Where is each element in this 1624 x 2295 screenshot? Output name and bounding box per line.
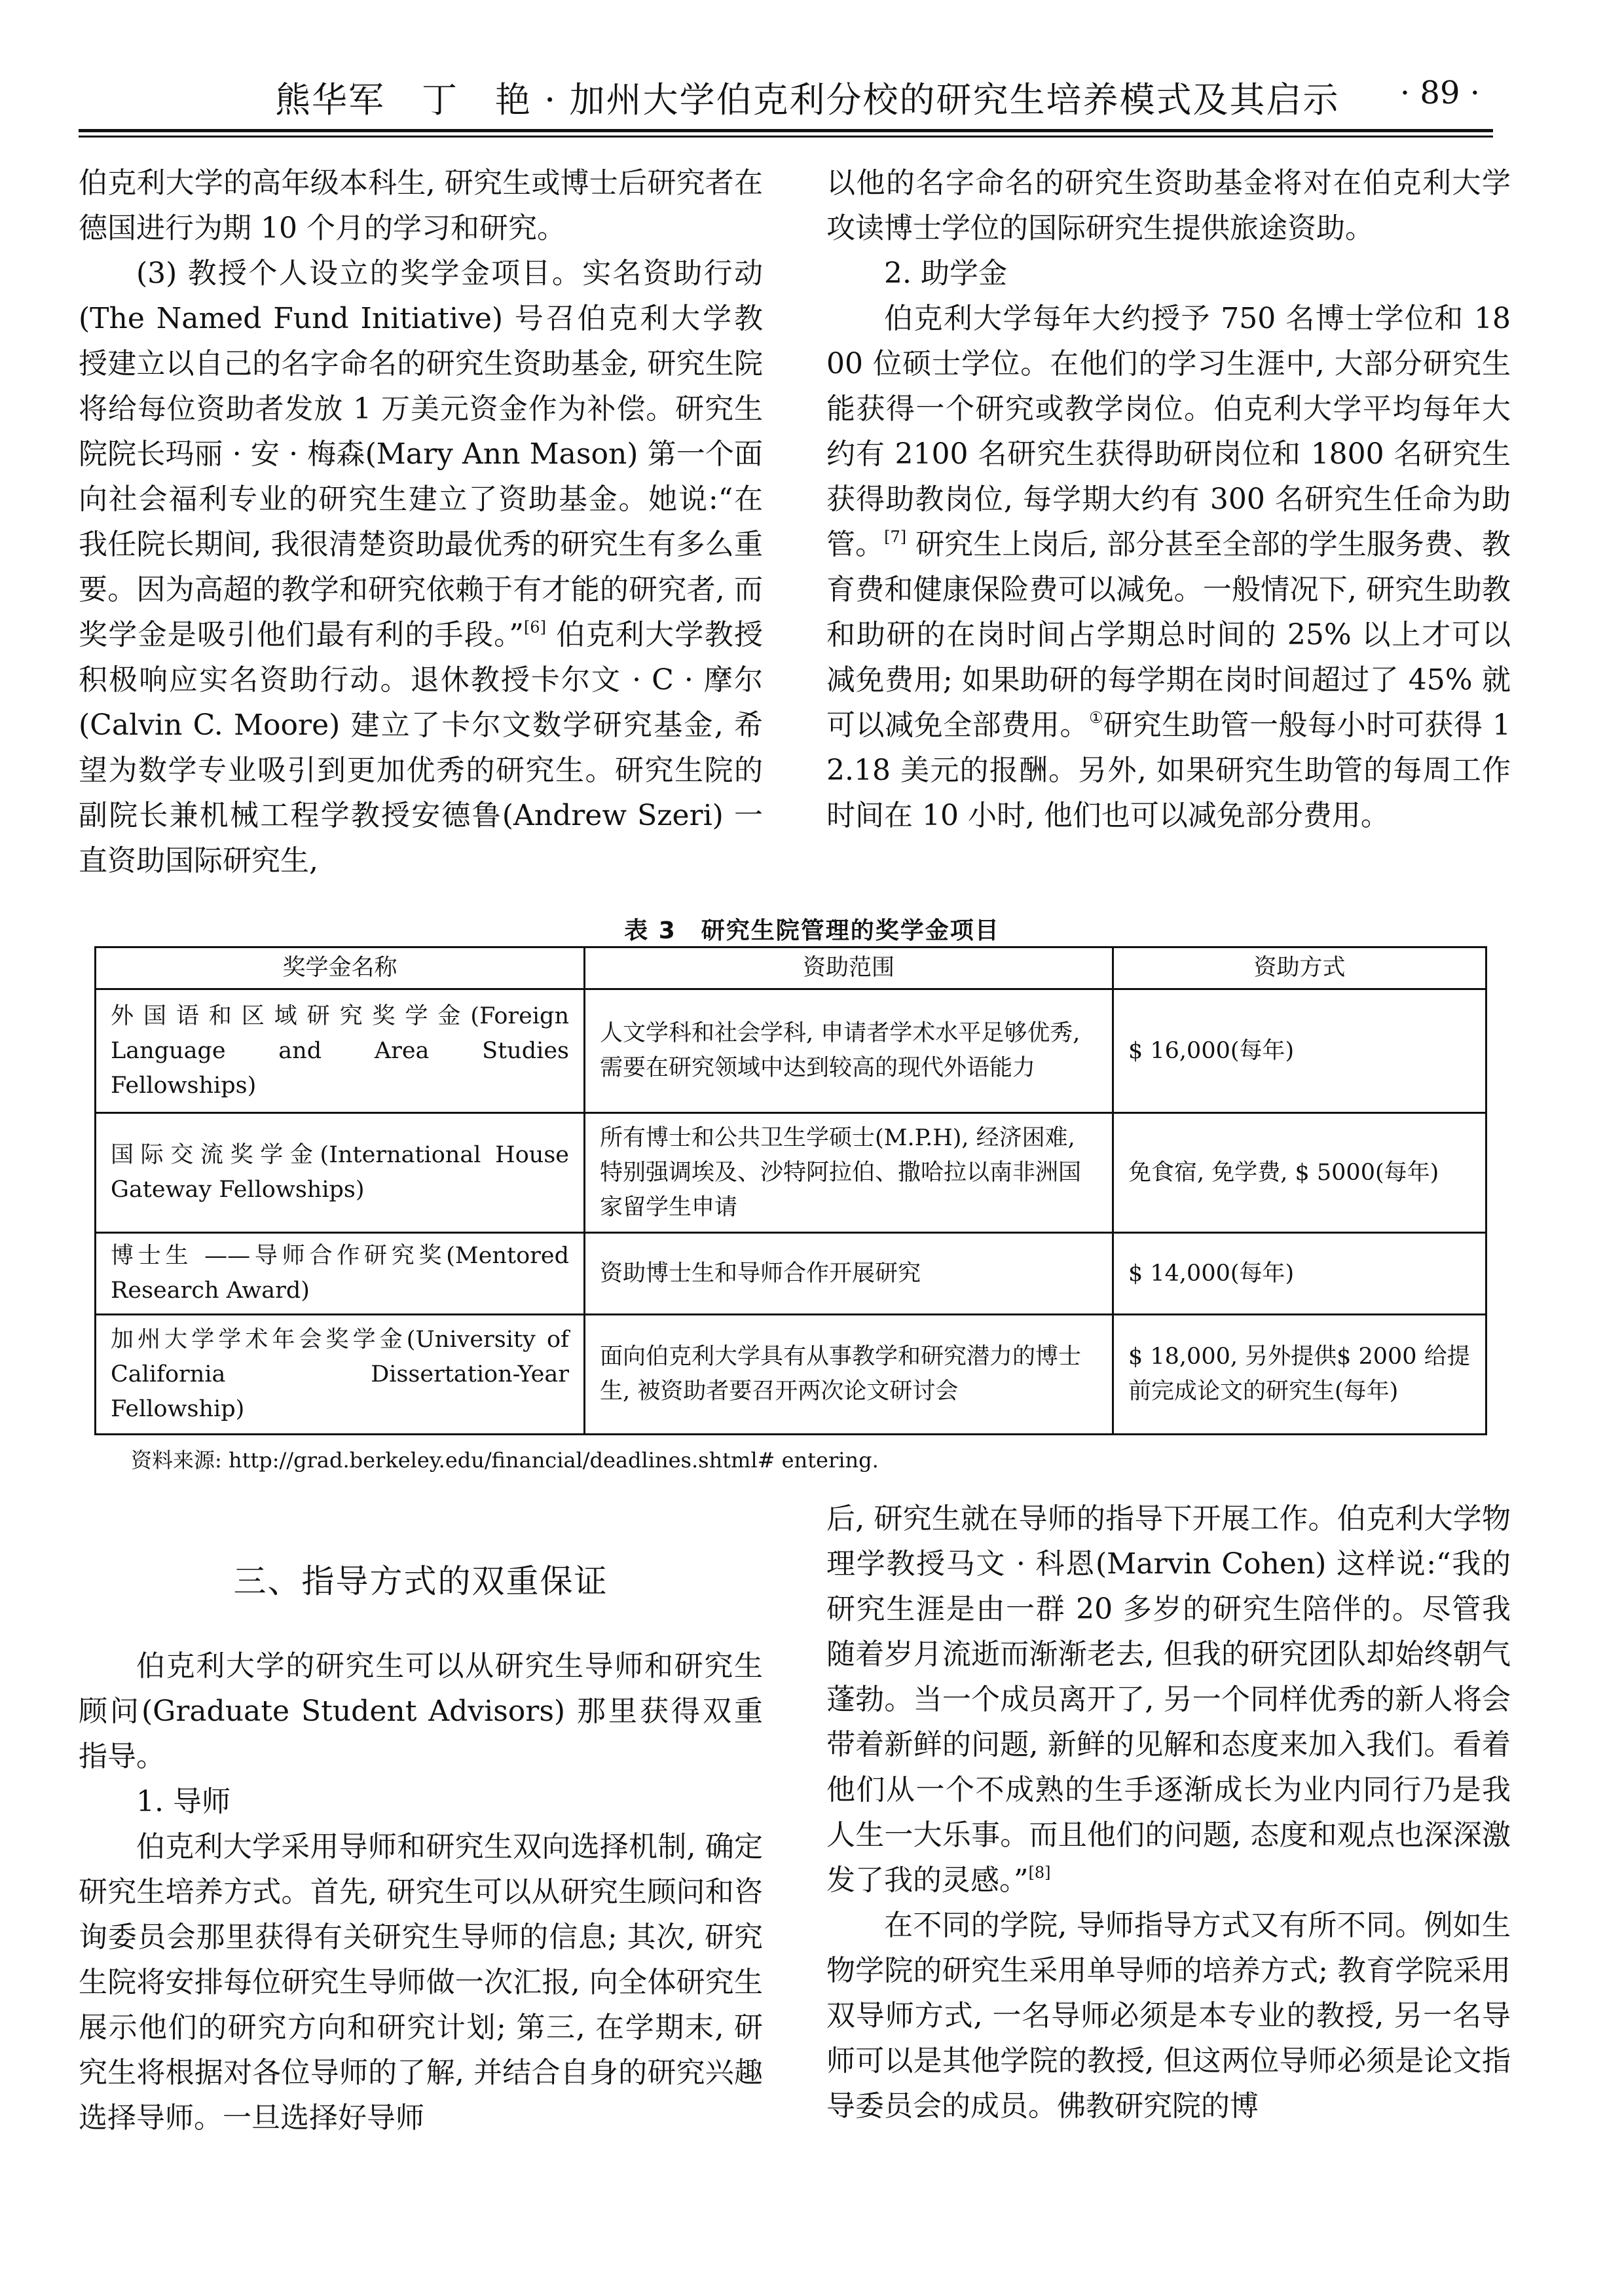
cell-scope: 人文学科和社会学科, 申请者学术水平足够优秀, 需要在研究领域中达到较高的现代外…	[585, 989, 1113, 1113]
running-title: 熊华军 丁 艳 · 加州大学伯克利分校的研究生培养模式及其启示	[275, 72, 1340, 122]
cell-scope: 资助博士生和导师合作开展研究	[585, 1233, 1113, 1315]
subheading: 1. 导师	[79, 1779, 763, 1824]
cell-name: 外国语和区域研究奖学金(Foreign Language and Area St…	[96, 989, 585, 1113]
paragraph: 伯克利大学采用导师和研究生双向选择机制, 确定研究生培养方式。首先, 研究生可以…	[79, 1824, 763, 2140]
citation: [8]	[1029, 1864, 1051, 1882]
right-column-top: 以他的名字命名的研究生资助基金将对在伯克利大学攻读博士学位的国际研究生提供旅途资…	[826, 160, 1511, 838]
cell-funding: $ 18,000, 另外提供$ 2000 给提前完成论文的研究生(每年)	[1113, 1315, 1486, 1435]
cell-scope: 面向伯克利大学具有从事教学和研究潜力的博士生, 被资助者要召开两次论文研讨会	[585, 1315, 1113, 1435]
column-header: 奖学金名称	[96, 947, 585, 989]
column-header: 资助范围	[585, 947, 1113, 989]
table-row: 外国语和区域研究奖学金(Foreign Language and Area St…	[96, 989, 1486, 1113]
footnote-marker: ①	[1089, 708, 1103, 727]
page-number: · 89 ·	[1400, 75, 1480, 111]
paragraph: 在不同的学院, 导师指导方式又有所不同。例如生物学院的研究生采用单导师的培养方式…	[826, 1903, 1511, 2129]
paragraph: (3) 教授个人设立的奖学金项目。实名资助行动(The Named Fund I…	[79, 251, 763, 883]
header-rule-thick	[79, 129, 1493, 132]
paragraph: 伯克利大学每年大约授予 750 名博士学位和 1800 位硕士学位。在他们的学习…	[826, 296, 1511, 838]
left-column-top: 伯克利大学的高年级本科生, 研究生或博士后研究者在德国进行为期 10 个月的学习…	[79, 160, 763, 883]
cell-funding: $ 16,000(每年)	[1113, 989, 1486, 1113]
running-header: 熊华军 丁 艳 · 加州大学伯克利分校的研究生培养模式及其启示 · 89 ·	[79, 65, 1493, 138]
cell-funding: $ 14,000(每年)	[1113, 1233, 1486, 1315]
left-column-bottom: 伯克利大学的研究生可以从研究生导师和研究生顾问(Graduate Student…	[79, 1643, 763, 2140]
cell-funding: 免食宿, 免学费, $ 5000(每年)	[1113, 1113, 1486, 1233]
paragraph: 伯克利大学的研究生可以从研究生导师和研究生顾问(Graduate Student…	[79, 1643, 763, 1779]
cell-name: 国际交流奖学金(International House Gateway Fell…	[96, 1113, 585, 1233]
table-caption: 表 3 研究生院管理的奖学金项目	[0, 912, 1624, 946]
table-row: 国际交流奖学金(International House Gateway Fell…	[96, 1113, 1486, 1233]
cell-scope: 所有博士和公共卫生学硕士(M.P.H), 经济困难, 特别强调埃及、沙特阿拉伯、…	[585, 1113, 1113, 1233]
paragraph: 后, 研究生就在导师的指导下开展工作。伯克利大学物理学教授马文 · 科恩(Mar…	[826, 1496, 1511, 1903]
citation: [6]	[524, 618, 546, 636]
section-heading: 三、指导方式的双重保证	[79, 1555, 763, 1602]
right-column-bottom: 后, 研究生就在导师的指导下开展工作。伯克利大学物理学教授马文 · 科恩(Mar…	[826, 1496, 1511, 2129]
cell-name: 加州大学学术年会奖学金(University of California Dis…	[96, 1315, 585, 1435]
table-header-row: 奖学金名称 资助范围 资助方式	[96, 947, 1486, 989]
citation: [7]	[884, 528, 906, 546]
subheading: 2. 助学金	[826, 251, 1511, 296]
scholarship-table: 奖学金名称 资助范围 资助方式 外国语和区域研究奖学金(Foreign Lang…	[94, 946, 1485, 1435]
table-source-note: 资料来源: http://grad.berkeley.edu/financial…	[131, 1444, 879, 1474]
table-row: 博士生 ——导师合作研究奖(Mentored Research Award) 资…	[96, 1233, 1486, 1315]
table-row: 加州大学学术年会奖学金(University of California Dis…	[96, 1315, 1486, 1435]
column-header: 资助方式	[1113, 947, 1486, 989]
paragraph: 伯克利大学的高年级本科生, 研究生或博士后研究者在德国进行为期 10 个月的学习…	[79, 160, 763, 251]
paragraph: 以他的名字命名的研究生资助基金将对在伯克利大学攻读博士学位的国际研究生提供旅途资…	[826, 160, 1511, 251]
header-rule-thin	[79, 136, 1493, 138]
cell-name: 博士生 ——导师合作研究奖(Mentored Research Award)	[96, 1233, 585, 1315]
